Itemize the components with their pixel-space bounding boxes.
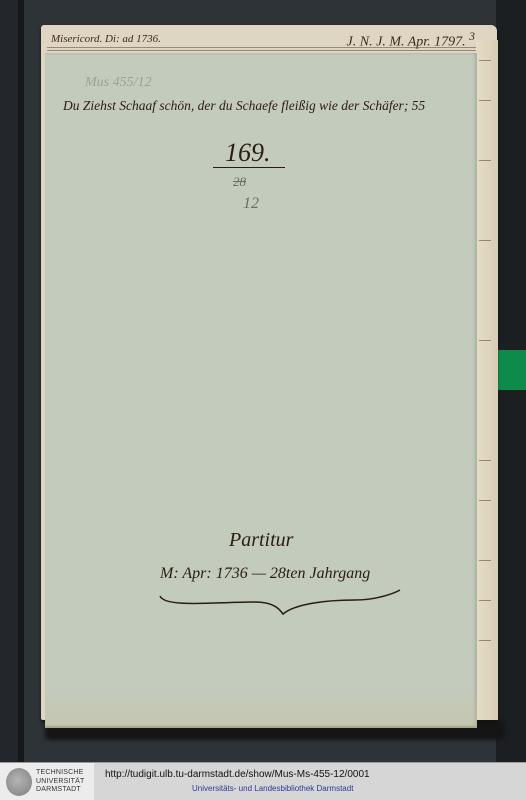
staff-mark xyxy=(479,460,491,461)
university-seal-icon xyxy=(6,768,32,796)
staff-mark xyxy=(479,640,491,641)
cover-title: Du Ziehst Schaaf schön, der du Schaefe f… xyxy=(63,98,425,114)
footer-bar: TECHNISCHE UNIVERSITÄT DARMSTADT http://… xyxy=(0,762,526,800)
staff-mark xyxy=(479,560,491,561)
logo-line-1: TECHNISCHE xyxy=(36,769,84,778)
struck-number: 28 xyxy=(233,174,246,190)
staff-line xyxy=(47,50,487,51)
staff-mark xyxy=(479,160,491,161)
logo-line-3: DARMSTADT xyxy=(36,786,84,795)
scan-viewer: Misericord. Di: ad 1736. J. N. J. M. Apr… xyxy=(0,0,526,762)
staff-line xyxy=(47,47,487,48)
page-number: 3 xyxy=(469,30,475,43)
back-page-header: Misericord. Di: ad 1736. J. N. J. M. Apr… xyxy=(47,30,487,48)
page-edge-strip xyxy=(476,40,498,720)
logo-text: TECHNISCHE UNIVERSITÄT DARMSTADT xyxy=(36,769,84,795)
logo-line-2: UNIVERSITÄT xyxy=(36,778,84,787)
date-line: M: Apr: 1736 — 28ten Jahrgang xyxy=(160,565,370,583)
staff-mark xyxy=(479,240,491,241)
flourish-icon xyxy=(155,588,405,618)
catalog-number: 169. xyxy=(225,138,271,168)
permalink-url[interactable]: http://tudigit.ulb.tu-darmstadt.de/show/… xyxy=(105,769,370,780)
shelfmark-pencil: Mus 455/12 xyxy=(85,75,152,91)
catalog-underline xyxy=(213,167,285,168)
staff-mark xyxy=(479,500,491,501)
staff-mark xyxy=(479,100,491,101)
staff-mark xyxy=(479,600,491,601)
staff-mark xyxy=(479,340,491,341)
staff-mark xyxy=(479,60,491,61)
genre-label: Partitur xyxy=(229,529,293,552)
university-logo[interactable]: TECHNISCHE UNIVERSITÄT DARMSTADT xyxy=(0,763,94,800)
manuscript-cover: Mus 455/12 Du Ziehst Schaaf schön, der d… xyxy=(45,53,477,728)
fraction-number: 12 xyxy=(243,195,259,213)
library-link[interactable]: Universitäts- und Landesbibliothek Darms… xyxy=(192,784,353,793)
header-left-note: Misericord. Di: ad 1736. xyxy=(51,33,161,45)
background-strip xyxy=(18,0,24,762)
